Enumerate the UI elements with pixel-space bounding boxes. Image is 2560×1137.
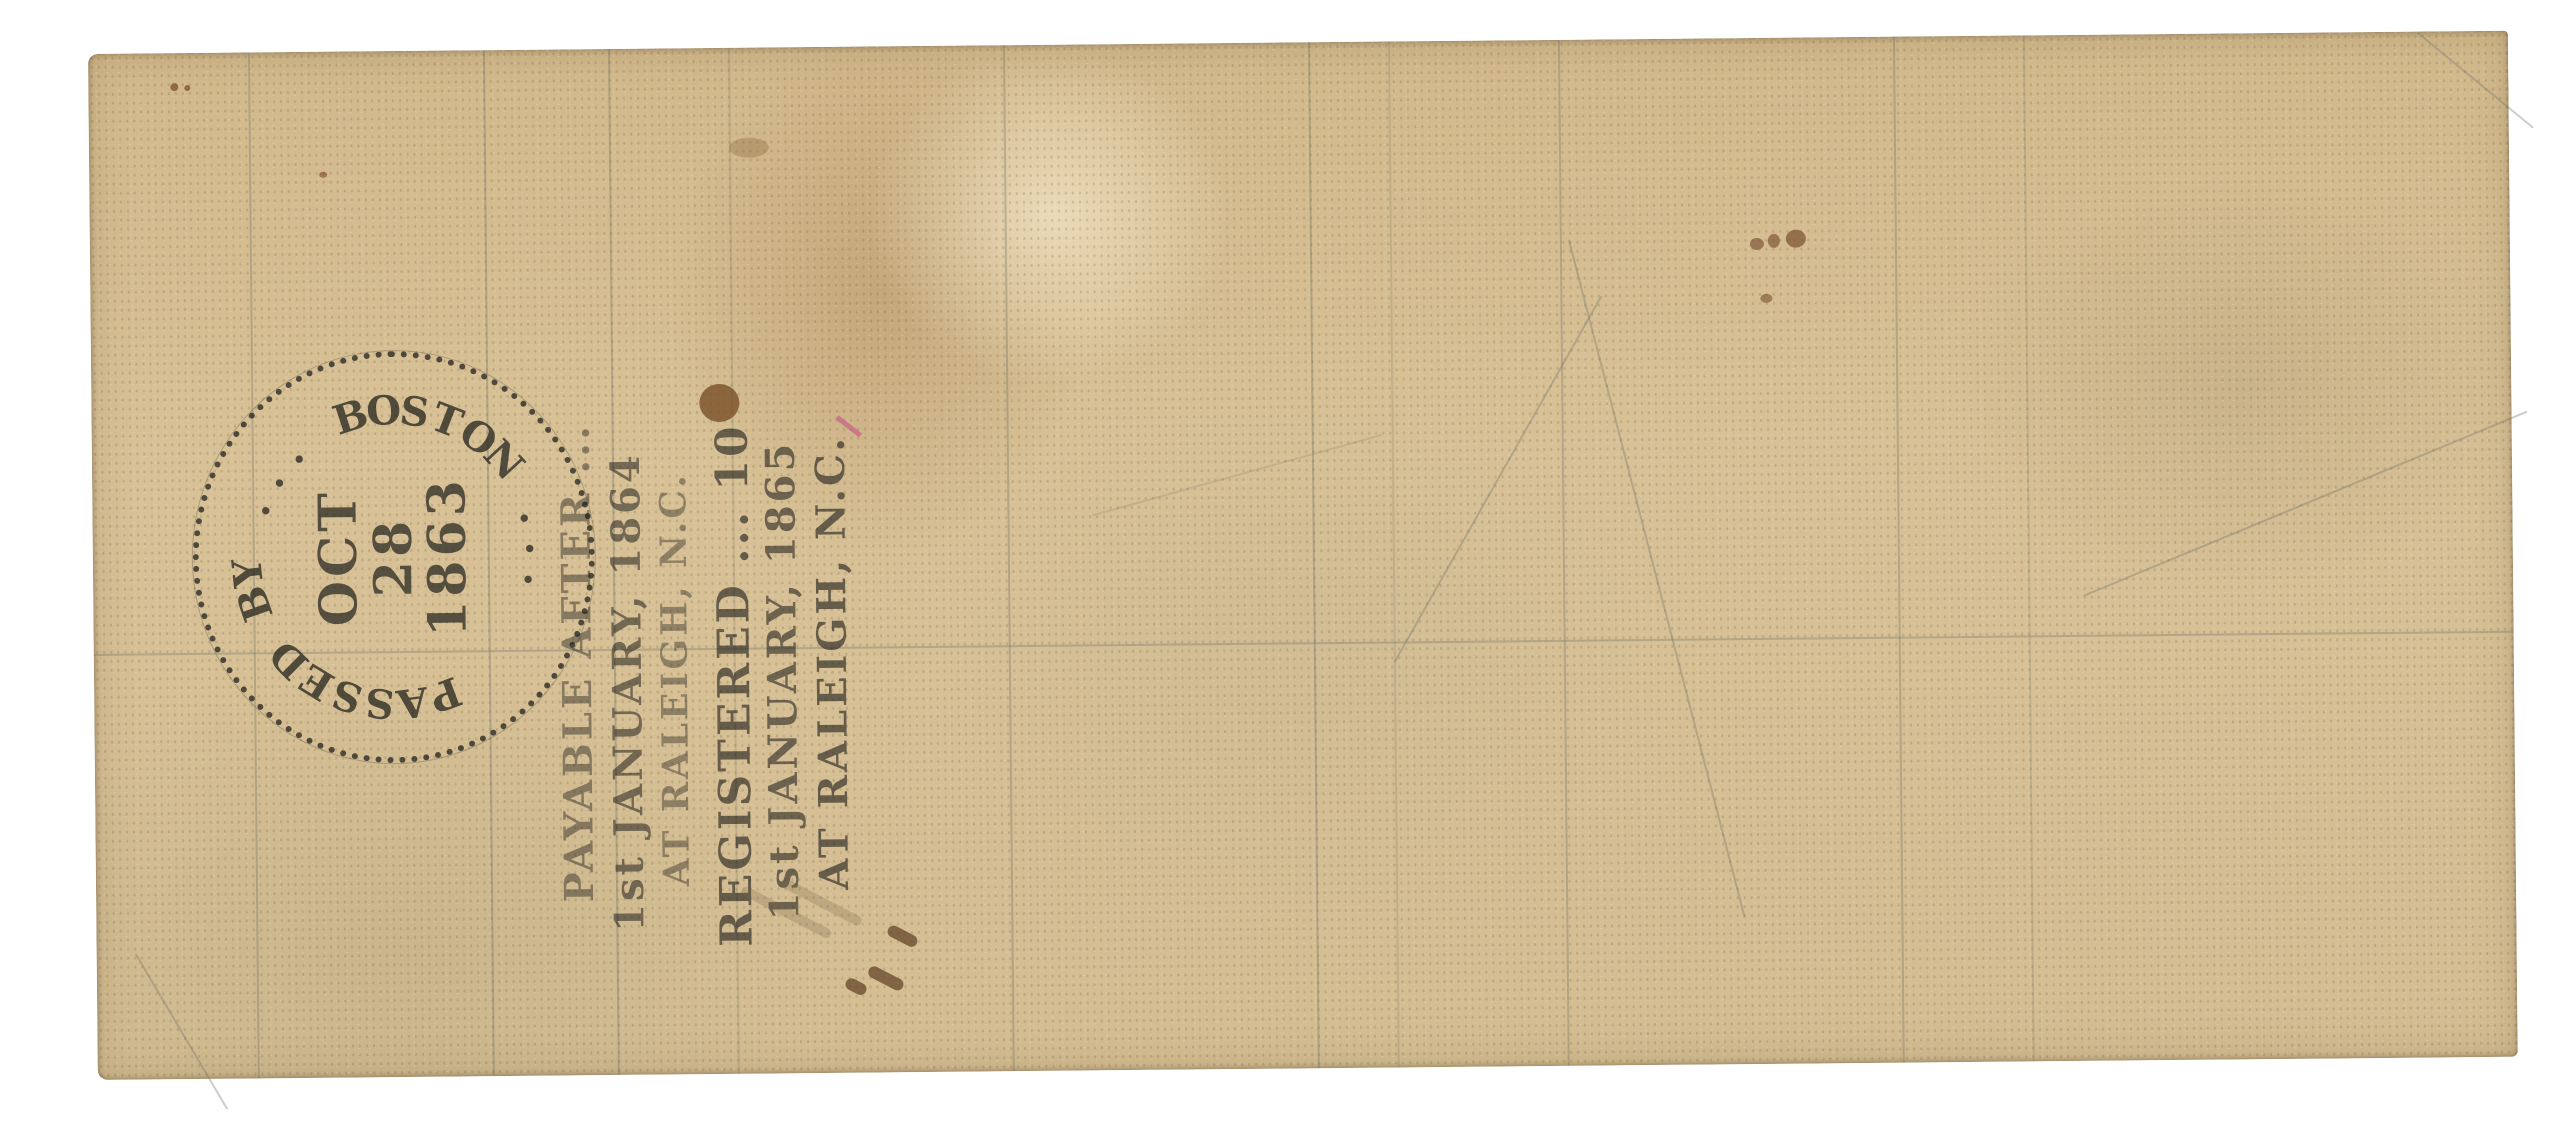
ink-streak xyxy=(866,964,905,992)
spot-stain xyxy=(184,85,190,91)
crease xyxy=(1092,434,1381,516)
fold-line xyxy=(1003,45,1015,1071)
stamp-month: OCT xyxy=(311,477,367,638)
stamp-line-5: 1st JANUARY, 1865 xyxy=(757,441,809,921)
stamp-year: 1863 xyxy=(420,476,476,637)
spot-stain xyxy=(319,172,327,178)
fold-line xyxy=(1558,40,1570,1066)
stamp-line-4: REGISTERED ... 10 xyxy=(707,423,763,947)
fold-line xyxy=(1893,37,1905,1063)
ink-streak xyxy=(843,976,868,997)
spot-stain xyxy=(1750,238,1764,250)
crease xyxy=(1568,240,1745,918)
spot-stain xyxy=(1760,294,1772,303)
crease xyxy=(135,954,228,1110)
spot-stain xyxy=(1768,234,1780,248)
stamp-line-1: PAYABLE AFTER ... xyxy=(552,423,604,903)
stamp-line-6: AT RALEIGH, N.C. xyxy=(807,435,858,890)
spot-stain xyxy=(170,83,178,91)
stamp-line-2: 1st JANUARY, 1864 xyxy=(602,452,654,932)
ink-streak xyxy=(886,924,920,949)
crease xyxy=(1394,296,1602,662)
fold-line xyxy=(2023,35,2035,1061)
spot-stain xyxy=(729,137,769,157)
banknote-reverse: PASSED BY ... BOSTON ... OCT 28 1863 PAY… xyxy=(88,31,2518,1080)
circle-stamp-date: OCT 28 1863 xyxy=(311,476,476,638)
crease xyxy=(2083,411,2527,596)
endorsement-stamp-block: PAYABLE AFTER ... 1st JANUARY, 1864 AT R… xyxy=(530,296,896,919)
spot-stain xyxy=(1786,230,1806,248)
fold-line xyxy=(1388,42,1400,1068)
stamp-day: 28 xyxy=(366,476,422,637)
stamp-line-3: AT RALEIGH, N.C. xyxy=(652,472,698,887)
crease xyxy=(2417,32,2534,128)
fold-line xyxy=(1308,42,1320,1068)
